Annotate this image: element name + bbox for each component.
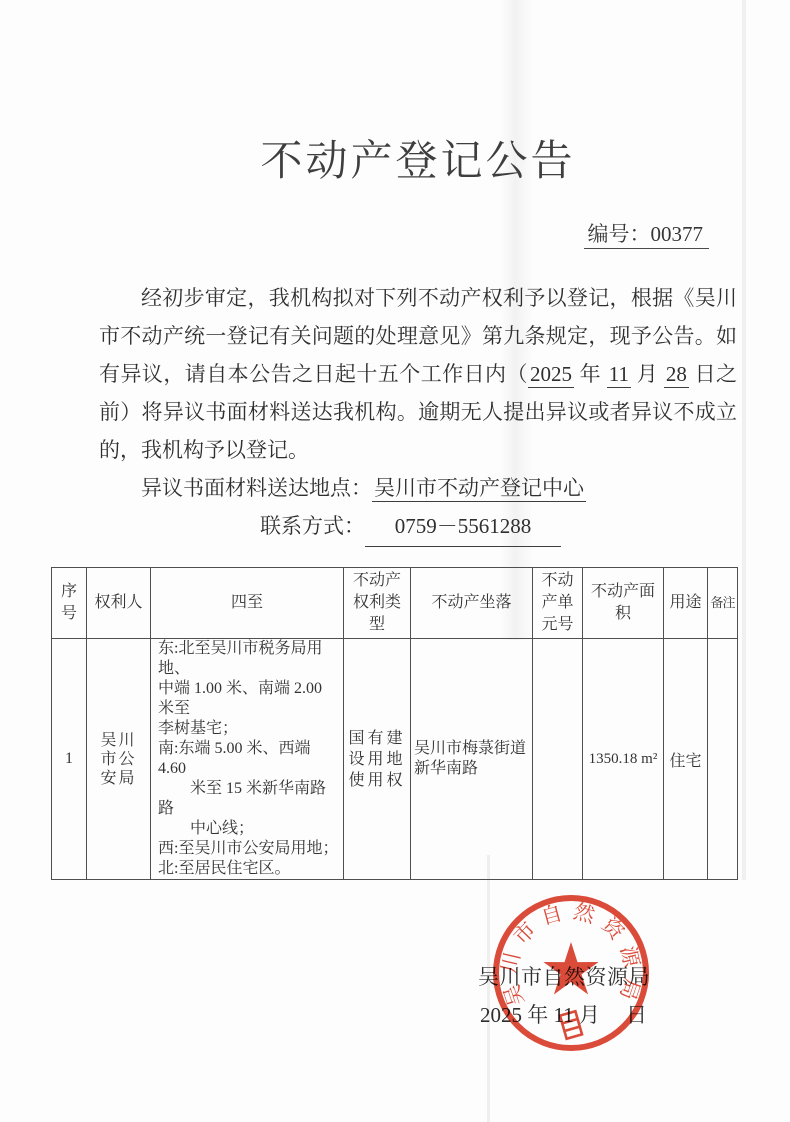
notice-body: 经初步审定，我机构拟对下列不动产权利予以登记，根据《吴川市不动产统一登记有关问题… bbox=[99, 279, 737, 547]
delivery-line: 异议书面材料送达地点：吴川市不动产登记中心 bbox=[99, 469, 737, 507]
col-header-boundaries: 四至 bbox=[151, 568, 344, 639]
col-header-unit-no: 不动产单元号 bbox=[533, 568, 583, 639]
contact-phone: 0759－5561288 bbox=[365, 507, 561, 547]
scanned-announcement-page: 不动产登记公告 编号：00377 经初步审定，我机构拟对下列不动产权利予以登记，… bbox=[0, 0, 790, 1122]
cell-area: 1350.18 m² bbox=[583, 639, 664, 880]
cell-usage: 住宅 bbox=[664, 639, 708, 880]
col-header-right-type: 不动产权利类型 bbox=[344, 568, 411, 639]
cell-holder: 吴川市公安局 bbox=[87, 639, 151, 880]
col-header-usage: 用途 bbox=[664, 568, 708, 639]
cell-right-type: 国有建设用地使用权 bbox=[344, 639, 411, 880]
table-header-row: 序号 权利人 四至 不动产权利类型 不动产坐落 不动产单元号 不动产面积 用途 … bbox=[52, 568, 738, 639]
delivery-value: 吴川市不动产登记中心 bbox=[372, 476, 586, 502]
notice-paragraph: 经初步审定，我机构拟对下列不动产权利予以登记，根据《吴川市不动产统一登记有关问题… bbox=[99, 279, 737, 469]
paragraph-text: 年 bbox=[574, 362, 607, 386]
paragraph-text: 月 bbox=[631, 362, 664, 386]
seal-star bbox=[543, 942, 598, 995]
seal-bottom-glyph bbox=[560, 1011, 582, 1038]
deadline-year: 2025 bbox=[528, 362, 574, 388]
col-header-holder: 权利人 bbox=[87, 568, 151, 639]
page-title: 不动产登记公告 bbox=[99, 128, 737, 188]
scan-streak bbox=[742, 0, 746, 880]
document-number-label: 编号： bbox=[588, 222, 651, 246]
col-header-remark: 备注 bbox=[708, 568, 738, 639]
table-row: 1 吴川市公安局 东:北至吴川市税务局用地、 中端 1.00 米、南端 2.00… bbox=[52, 639, 738, 880]
contact-line: 联系方式：0759－5561288 bbox=[99, 507, 737, 547]
document-number: 编号：00377 bbox=[584, 222, 710, 249]
official-seal: 吴川市自然资源局 bbox=[491, 893, 651, 1053]
document-number-line: 编号：00377 bbox=[99, 218, 709, 248]
col-header-location: 不动产坐落 bbox=[411, 568, 533, 639]
deadline-month: 11 bbox=[607, 362, 631, 388]
cell-remark bbox=[708, 639, 738, 880]
cell-seq: 1 bbox=[52, 639, 87, 880]
cell-boundaries: 东:北至吴川市税务局用地、 中端 1.00 米、南端 2.00 米至 李树基宅；… bbox=[151, 639, 344, 880]
registration-table: 序号 权利人 四至 不动产权利类型 不动产坐落 不动产单元号 不动产面积 用途 … bbox=[51, 567, 738, 880]
col-header-seq: 序号 bbox=[52, 568, 87, 639]
deadline-day: 28 bbox=[664, 362, 689, 388]
cell-location: 吴川市梅菉街道新华南路 bbox=[411, 639, 533, 880]
cell-unit-no bbox=[533, 639, 583, 880]
delivery-label: 异议书面材料送达地点： bbox=[141, 476, 372, 500]
contact-label: 联系方式： bbox=[260, 514, 365, 538]
col-header-area: 不动产面积 bbox=[583, 568, 664, 639]
document-number-value: 00377 bbox=[651, 222, 704, 246]
